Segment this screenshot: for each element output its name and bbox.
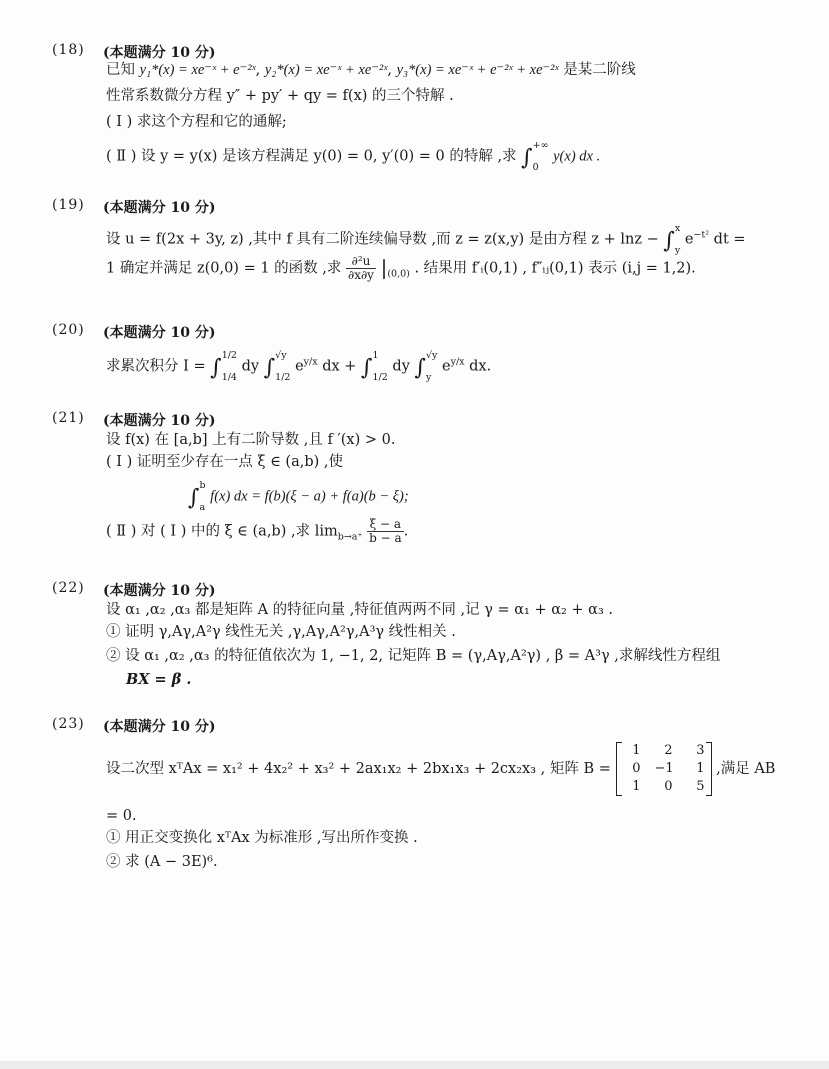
problem-heading: (本题满分 10 分) — [103, 580, 215, 600]
problem-part-1: ( Ⅰ ) 证明至少存在一点 ξ ∈ (a,b) ,使 — [106, 452, 343, 472]
problem-part-2-continued: BX = β . — [126, 670, 191, 690]
integral-limits: xy — [675, 223, 680, 256]
problem-heading: (本题满分 10 分) — [103, 322, 215, 342]
integral-sign: ∫ — [521, 146, 532, 171]
problem-heading: (本题满分 10 分) — [103, 197, 215, 217]
problem-heading: (本题满分 10 分) — [103, 42, 215, 62]
matrix-row: 123 — [623, 742, 705, 760]
particular-solution-y3: y₃*(x) = xe⁻ˣ + e⁻²ˣ + xe⁻²ˣ — [397, 62, 559, 78]
problem-part-2: ( Ⅱ ) 对 ( Ⅰ ) 中的 ξ ∈ (a,b) ,求 limb→a⁺ ξ … — [106, 518, 408, 545]
integral-sign: ∫ — [663, 229, 674, 254]
problem-part-2: ② 设 α₁ ,α₂ ,α₃ 的特征值依次为 1, −1, 2, 记矩阵 B =… — [106, 646, 720, 666]
integral-sign: ∫ — [264, 356, 275, 381]
problem-part-1: ① 证明 γ,Aγ,A²γ 线性无关 ,γ,Aγ,A²γ,A³γ 线性相关 . — [106, 622, 456, 642]
problem-heading: (本题满分 10 分) — [103, 410, 215, 430]
problem-part-1: ① 用正交变换化 xᵀAx 为标准形 ,写出所作变换 . — [106, 828, 418, 848]
matrix-B: 123 0−11 105 — [616, 742, 712, 796]
integral-formula: ∫ba f(x) dx = f(b)(ξ − a) + f(a)(b − ξ); — [188, 480, 409, 513]
quadratic-form-line: 设二次型 xᵀAx = x₁² + 4x₂² + x₃² + 2ax₁x₂ + … — [106, 742, 775, 796]
problem-text-line: 设 f(x) 在 [a,b] 上有二阶导数 ,且 f ′(x) > 0. — [106, 430, 395, 450]
partial-derivative-fraction: ∂²u∂x∂y — [346, 255, 376, 282]
problem-text-line: 已知 y₁*(x) = xe⁻ˣ + e⁻²ˣ, y₂*(x) = xe⁻ˣ +… — [106, 60, 636, 80]
integral-limits: +∞0 — [533, 140, 549, 173]
integral-sign: ∫ — [210, 356, 221, 381]
problem-text-line: 1 确定并满足 z(0,0) = 1 的函数 ,求 ∂²u∂x∂y |(0,0)… — [106, 255, 696, 282]
problem-part-1: ( Ⅰ ) 求这个方程和它的通解; — [106, 112, 287, 132]
problem-number: (23) — [52, 716, 85, 732]
problem-text-line: 性常系数微分方程 y″ + py′ + qy = f(x) 的三个特解 . — [106, 86, 454, 106]
integral-sign: ∫ — [361, 356, 372, 381]
problem-text-line: = 0. — [106, 806, 137, 826]
page-bottom-edge — [0, 1061, 829, 1069]
iterated-integral: 求累次积分 I = ∫1/21/4 dy ∫√y1/2 ey/x dx + ∫1… — [106, 350, 491, 383]
limit-fraction: ξ − ab − a — [367, 518, 404, 545]
problem-number: (21) — [52, 410, 85, 426]
problem-number: (18) — [52, 42, 85, 58]
problem-text-line: 设 α₁ ,α₂ ,α₃ 都是矩阵 A 的特征向量 ,特征值两两不同 ,记 γ … — [106, 600, 613, 620]
matrix-row: 0−11 — [623, 760, 705, 778]
problem-part-2: ( Ⅱ ) 设 y = y(x) 是该方程满足 y(0) = 0, y′(0) … — [106, 140, 600, 173]
problem-heading: (本题满分 10 分) — [103, 716, 215, 736]
problem-number: (20) — [52, 322, 85, 338]
matrix-row: 105 — [623, 778, 705, 796]
integral-sign: ∫ — [188, 486, 199, 511]
problem-number: (19) — [52, 197, 85, 213]
problem-part-2: ② 求 (A − 3E)⁶. — [106, 852, 218, 872]
particular-solution-y1: y₁*(x) = xe⁻ˣ + e⁻²ˣ — [140, 62, 256, 78]
problem-number: (22) — [52, 580, 85, 596]
problem-text-line: 设 u = f(2x + 3y, z) ,其中 f 具有二阶连续偏导数 ,而 z… — [106, 223, 746, 256]
integral-sign: ∫ — [415, 356, 426, 381]
particular-solution-y2: y₂*(x) = xe⁻ˣ + xe⁻²ˣ — [265, 62, 387, 78]
